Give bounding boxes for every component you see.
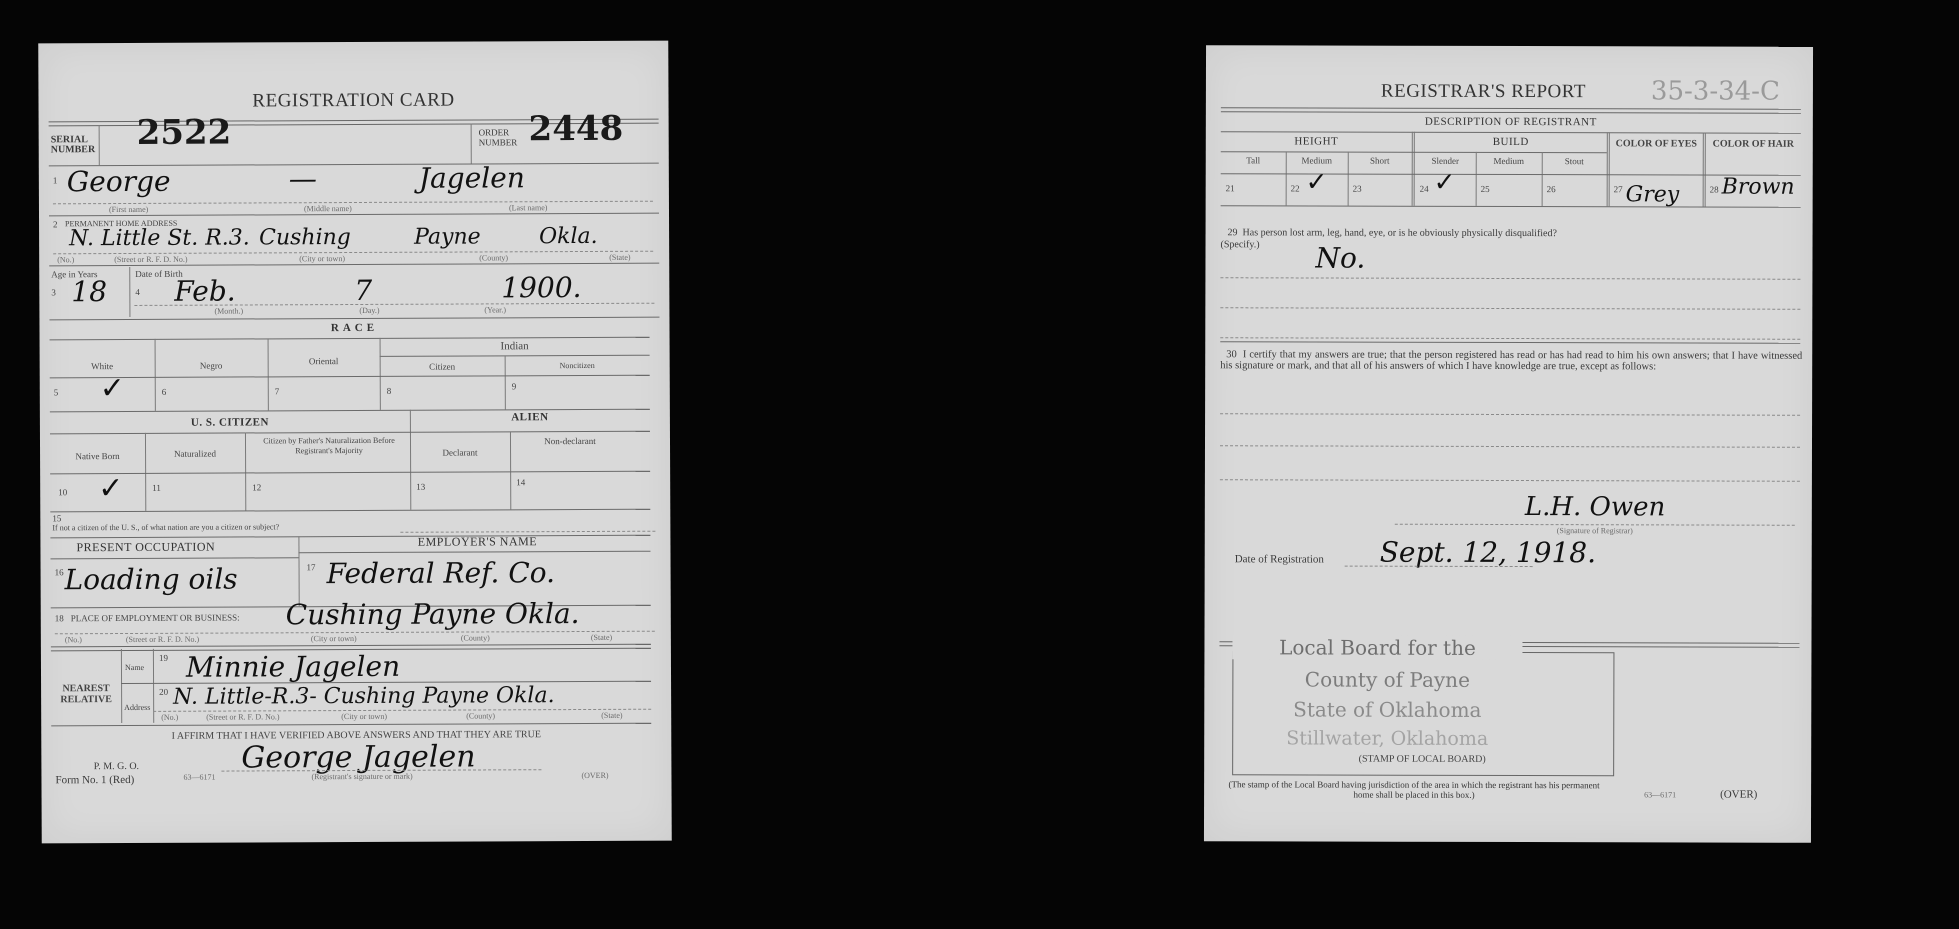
fathers-naturalization-label: Citizen by Father's Naturalization Befor… bbox=[250, 436, 408, 457]
divider bbox=[50, 509, 650, 513]
description-heading: DESCRIPTION OF REGISTRANT bbox=[1221, 115, 1801, 129]
field-number: 9 bbox=[512, 381, 517, 391]
race-negro-label: Negro bbox=[155, 360, 268, 370]
caption: (County) bbox=[466, 711, 495, 720]
caption: (Last name) bbox=[509, 203, 547, 212]
build-slender-checkmark: ✓ bbox=[1434, 168, 1456, 198]
field-number: 16 bbox=[55, 567, 64, 577]
stamp-note: (The stamp of the Local Board having jur… bbox=[1224, 779, 1604, 800]
hair-heading: COLOR OF HAIR bbox=[1706, 139, 1801, 150]
field-number: 28 bbox=[1710, 185, 1719, 195]
native-born-checkmark: ✓ bbox=[98, 471, 123, 506]
divider bbox=[53, 251, 653, 255]
divider bbox=[1221, 131, 1801, 134]
nation-question: If not a citizen of the U. S., of what n… bbox=[52, 522, 279, 532]
race-white-checkmark: ✓ bbox=[100, 371, 125, 406]
divider bbox=[471, 123, 472, 163]
relative-name-value: Minnie Jagelen bbox=[186, 650, 400, 684]
age-value: 18 bbox=[71, 275, 107, 308]
home-city: Cushing bbox=[259, 225, 351, 250]
race-heading: RACE bbox=[39, 321, 669, 336]
divider bbox=[50, 375, 650, 379]
race-oriental-label: Oriental bbox=[268, 356, 380, 366]
height-short-label: Short bbox=[1348, 156, 1412, 166]
divider bbox=[1220, 337, 1800, 340]
first-name: George bbox=[67, 165, 171, 198]
naturalized-label: Naturalized bbox=[145, 448, 245, 458]
non-declarant-label: Non-declarant bbox=[530, 435, 610, 447]
occupation-value: Loading oils bbox=[65, 563, 238, 597]
field-number: 6 bbox=[162, 387, 167, 397]
divider bbox=[380, 355, 650, 357]
us-citizen-heading: U. S. CITIZEN bbox=[50, 416, 410, 430]
middle-name: — bbox=[289, 162, 317, 195]
disqualified-question-row: 29 Has person lost arm, leg, hand, eye, … bbox=[1228, 227, 1557, 239]
relative-name-label: Name bbox=[125, 663, 144, 672]
field-number: 12 bbox=[252, 482, 261, 492]
height-heading: HEIGHT bbox=[1221, 135, 1412, 148]
height-medium-label: Medium bbox=[1286, 155, 1348, 165]
caption: (No.) bbox=[161, 713, 178, 722]
height-tall-label: Tall bbox=[1221, 155, 1286, 165]
employment-place-label: PLACE OF EMPLOYMENT OR BUSINESS: bbox=[71, 613, 240, 624]
registration-date-value: Sept. 12, 1918. bbox=[1380, 536, 1596, 570]
form-number: Form No. 1 (Red) bbox=[55, 774, 134, 786]
field-number: 14 bbox=[516, 477, 525, 487]
build-slender-label: Slender bbox=[1415, 156, 1476, 166]
caption: (State) bbox=[591, 633, 612, 642]
divider bbox=[121, 649, 122, 723]
caption: (City or town) bbox=[341, 712, 387, 721]
divider bbox=[1220, 341, 1800, 344]
race-indian-noncitizen-label: Noncitizen bbox=[505, 361, 650, 371]
field-number: 29 bbox=[1228, 227, 1238, 238]
divider bbox=[1220, 445, 1800, 448]
divider bbox=[245, 432, 246, 510]
registrar-signature: L.H. Owen bbox=[1525, 492, 1666, 522]
divider bbox=[1220, 413, 1800, 416]
certification-block: 30 I certify that my answers are true; t… bbox=[1220, 349, 1802, 373]
divider bbox=[51, 557, 299, 559]
field-number: 20 bbox=[159, 687, 168, 697]
divider bbox=[50, 431, 650, 435]
divider bbox=[1220, 277, 1800, 280]
caption: (City or town) bbox=[311, 634, 357, 643]
caption: (No.) bbox=[57, 255, 74, 264]
eye-color-value: Grey bbox=[1626, 182, 1680, 207]
registrars-report-card: REGISTRAR'S REPORT 35-3-34-C DESCRIPTION… bbox=[1204, 45, 1813, 843]
field-number: 17 bbox=[307, 562, 316, 572]
over-label: (OVER) bbox=[1720, 789, 1757, 801]
caption: (State) bbox=[601, 711, 622, 720]
field-number: 2 bbox=[53, 219, 58, 229]
caption: (County) bbox=[479, 253, 508, 262]
nearest-relative-label: NEAREST RELATIVE bbox=[51, 683, 121, 705]
occupation-heading: PRESENT OCCUPATION bbox=[76, 540, 215, 556]
last-name: Jagelen bbox=[419, 161, 525, 194]
indian-label: Indian bbox=[380, 340, 650, 353]
field-number: 7 bbox=[275, 386, 280, 396]
build-heading: BUILD bbox=[1415, 136, 1607, 149]
stamp-line-4: Stillwater, Oklahoma bbox=[1232, 727, 1542, 750]
report-title: REGISTRAR'S REPORT bbox=[1381, 81, 1586, 104]
disqualified-question: Has person lost arm, leg, hand, eye, or … bbox=[1243, 227, 1557, 239]
declarant-label: Declarant bbox=[410, 447, 510, 457]
relative-address-value: N. Little-R.3- Cushing Payne Okla. bbox=[173, 683, 555, 710]
home-county: Payne bbox=[414, 224, 481, 249]
alien-heading: ALIEN bbox=[410, 411, 650, 424]
divider bbox=[50, 471, 650, 475]
field-number: 10 bbox=[58, 487, 67, 497]
caption: (County) bbox=[461, 633, 490, 642]
order-label: ORDER NUMBER bbox=[479, 127, 529, 147]
race-indian-citizen-label: Citizen bbox=[380, 361, 505, 372]
field-number: 3 bbox=[51, 287, 56, 297]
relative-address-label: Address bbox=[124, 703, 150, 712]
field-number: 5 bbox=[54, 387, 59, 397]
divider bbox=[155, 339, 156, 411]
caption: (Street or R. F. D. No.) bbox=[126, 635, 199, 644]
divider bbox=[99, 125, 100, 165]
divider bbox=[51, 723, 651, 727]
caption: (State) bbox=[609, 253, 630, 262]
employer-value: Federal Ref. Co. bbox=[327, 556, 556, 590]
home-state: Okla. bbox=[539, 224, 598, 249]
over-label: (OVER) bbox=[581, 771, 608, 780]
race-white-label: White bbox=[50, 361, 155, 371]
field-number: 8 bbox=[387, 386, 392, 396]
home-street: N. Little St. R.3. bbox=[69, 225, 250, 251]
divider bbox=[53, 201, 653, 205]
print-code: 63—6171 bbox=[183, 773, 215, 782]
divider bbox=[400, 531, 655, 533]
hair-color-value: Brown bbox=[1722, 175, 1795, 200]
native-born-label: Native Born bbox=[50, 451, 145, 461]
field-number: 24 bbox=[1420, 184, 1429, 194]
field-number: 27 bbox=[1614, 184, 1623, 194]
build-stout-label: Stout bbox=[1542, 156, 1607, 166]
serial-number: 2522 bbox=[137, 113, 232, 153]
employer-heading: EMPLOYER'S NAME bbox=[302, 534, 652, 551]
divider bbox=[49, 317, 659, 321]
divider bbox=[510, 431, 511, 509]
order-number: 2448 bbox=[529, 109, 624, 149]
divider bbox=[298, 536, 299, 606]
field-number: 21 bbox=[1226, 183, 1235, 193]
field-number: 23 bbox=[1353, 184, 1362, 194]
dob-year: 1900. bbox=[501, 271, 581, 304]
build-medium-label: Medium bbox=[1476, 156, 1542, 166]
specify-label: (Specify.) bbox=[1221, 239, 1260, 250]
dob-day: 7 bbox=[354, 274, 372, 307]
field-number: 26 bbox=[1547, 184, 1556, 194]
divider bbox=[129, 267, 130, 317]
registration-date-label: Date of Registration bbox=[1235, 553, 1324, 565]
field-number: 15 bbox=[52, 513, 61, 523]
divider bbox=[1220, 479, 1800, 482]
certification-text: I certify that my answers are true; that… bbox=[1220, 349, 1802, 372]
divider bbox=[1221, 107, 1801, 114]
caption: (No.) bbox=[65, 635, 82, 644]
field-number: 19 bbox=[159, 653, 168, 663]
divider bbox=[410, 410, 411, 510]
caption: (First name) bbox=[109, 205, 148, 214]
disqualified-answer: No. bbox=[1315, 241, 1365, 274]
stamp-line-3: State of Oklahoma bbox=[1232, 697, 1542, 722]
stamp-line-1: Local Board for the bbox=[1232, 635, 1522, 660]
divider bbox=[298, 551, 650, 554]
registration-card: REGISTRATION CARD SERIAL NUMBER 2522 ORD… bbox=[38, 41, 671, 844]
caption: (Month.) bbox=[214, 306, 243, 315]
stamp-caption: (STAMP OF LOCAL BOARD) bbox=[1232, 753, 1612, 765]
field-number: 30 bbox=[1226, 349, 1237, 360]
employment-place-value: Cushing Payne Okla. bbox=[286, 597, 580, 631]
dob-month: Feb. bbox=[174, 275, 235, 308]
field-number: 11 bbox=[152, 483, 161, 493]
stamp-code: 35-3-34-C bbox=[1651, 76, 1780, 106]
field-number: 13 bbox=[416, 482, 425, 492]
field-number: 1 bbox=[53, 175, 58, 185]
field-number: 25 bbox=[1481, 184, 1490, 194]
caption: (Street or R. F. D. No.) bbox=[206, 712, 279, 721]
caption: (Year.) bbox=[484, 305, 506, 314]
divider bbox=[1221, 205, 1801, 208]
serial-label: SERIAL NUMBER bbox=[51, 135, 99, 155]
form-id: P. M. G. O. bbox=[61, 761, 171, 772]
caption: (Street or R. F. D. No.) bbox=[114, 255, 187, 264]
eyes-heading: COLOR OF EYES bbox=[1610, 138, 1703, 149]
caption: (Day.) bbox=[359, 306, 379, 315]
caption: (Signature of Registrar) bbox=[1395, 526, 1795, 536]
field-number: 4 bbox=[135, 287, 140, 297]
divider bbox=[1220, 307, 1800, 310]
print-code: 63—6171 bbox=[1644, 790, 1676, 799]
field-number: 22 bbox=[1291, 183, 1300, 193]
caption: (Registrant's signature or mark) bbox=[311, 772, 412, 781]
caption: (City or town) bbox=[299, 254, 345, 263]
height-medium-checkmark: ✓ bbox=[1306, 167, 1328, 197]
field-number: 18 bbox=[55, 613, 64, 623]
divider bbox=[268, 338, 269, 410]
caption: (Middle name) bbox=[304, 204, 352, 213]
divider bbox=[145, 433, 146, 511]
stamp-line-2: County of Payne bbox=[1232, 667, 1542, 692]
